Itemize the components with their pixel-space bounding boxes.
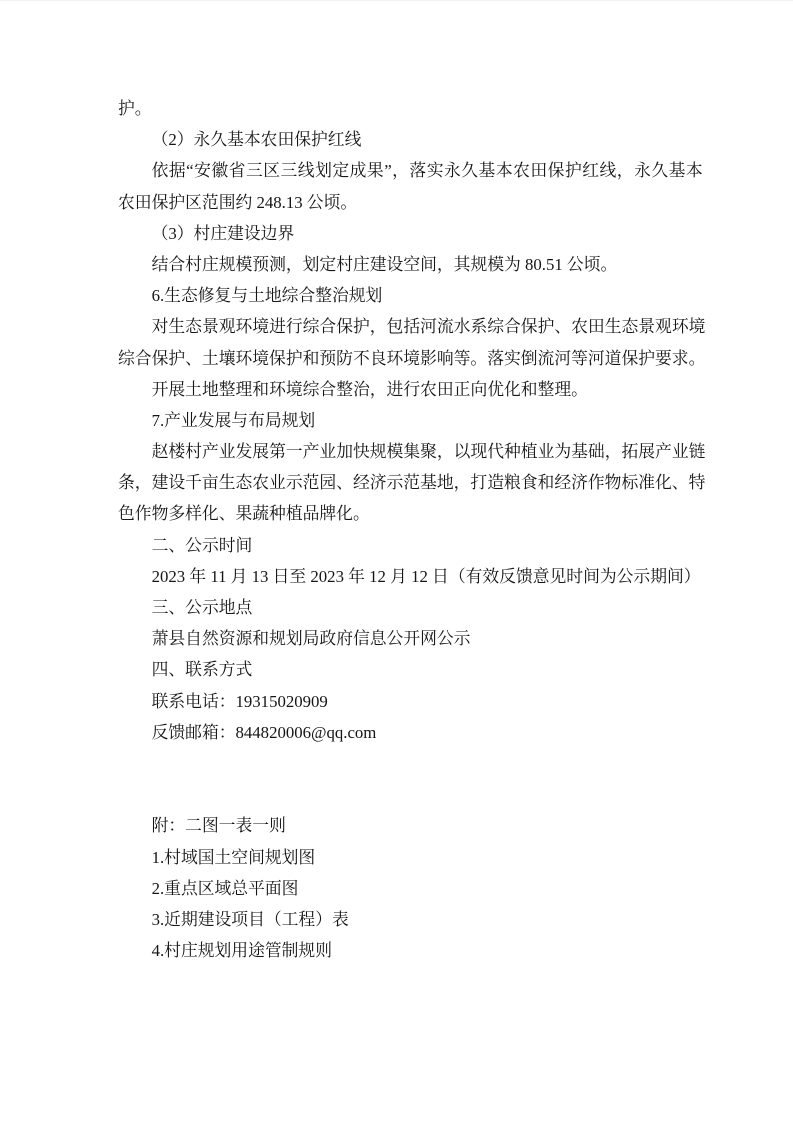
text-line: 依据“安徽省三区三线划定成果”，落实永久基本农田保护红线，永久基本 xyxy=(118,155,708,186)
text-line: 二、公示时间 xyxy=(118,530,708,561)
text-line: 赵楼村产业发展第一产业加快规模集聚，以现代种植业为基础，拓展产业链 xyxy=(118,436,708,467)
text-line: 联系电话：19315020909 xyxy=(118,686,708,717)
text-line: 7.产业发展与布局规划 xyxy=(118,405,708,436)
text-line: 3.近期建设项目（工程）表 xyxy=(118,904,708,935)
document-page: 护。（2）永久基本农田保护红线依据“安徽省三区三线划定成果”，落实永久基本农田保… xyxy=(0,0,793,1122)
text-line: 四、联系方式 xyxy=(118,654,708,685)
text-line: 2023 年 11 月 13 日至 2023 年 12 月 12 日（有效反馈意… xyxy=(118,561,708,592)
text-line: 反馈邮箱：844820006@qq.com xyxy=(118,717,708,748)
text-line: 6.生态修复与土地综合整治规划 xyxy=(118,280,708,311)
text-line: 三、公示地点 xyxy=(118,592,708,623)
text-line: 萧县自然资源和规划局政府信息公开网公示 xyxy=(118,623,708,654)
text-line: 综合保护、土壤环境保护和预防不良环境影响等。落实倒流河等河道保护要求。 xyxy=(118,343,708,374)
blank-line xyxy=(118,748,708,779)
text-line: 农田保护区范围约 248.13 公顷。 xyxy=(118,187,708,218)
text-line: 1.村域国土空间规划图 xyxy=(118,842,708,873)
text-line: （3）村庄建设边界 xyxy=(118,218,708,249)
text-line: （2）永久基本农田保护红线 xyxy=(118,124,708,155)
text-line: 条，建设千亩生态农业示范园、经济示范基地，打造粮食和经济作物标准化、特 xyxy=(118,467,708,498)
document-body: 护。（2）永久基本农田保护红线依据“安徽省三区三线划定成果”，落实永久基本农田保… xyxy=(118,93,708,966)
text-line: 2.重点区域总平面图 xyxy=(118,873,708,904)
text-line: 对生态景观环境进行综合保护，包括河流水系综合保护、农田生态景观环境 xyxy=(118,311,708,342)
text-line: 护。 xyxy=(118,93,708,124)
text-line: 附：二图一表一则 xyxy=(118,810,708,841)
text-line: 结合村庄规模预测，划定村庄建设空间，其规模为 80.51 公顷。 xyxy=(118,249,708,280)
blank-line xyxy=(118,779,708,810)
text-line: 开展土地整理和环境综合整治，进行农田正向优化和整理。 xyxy=(118,374,708,405)
text-line: 色作物多样化、果蔬种植品牌化。 xyxy=(118,498,708,529)
text-line: 4.村庄规划用途管制规则 xyxy=(118,935,708,966)
